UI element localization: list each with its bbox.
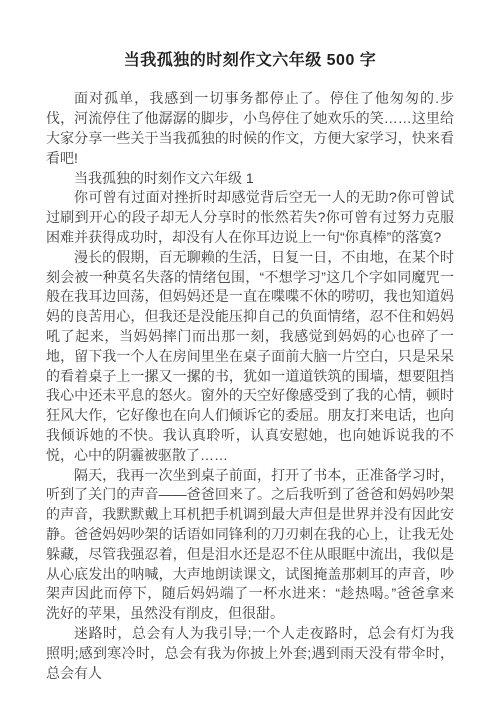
essay-body: 面对孤单，我感到一切事务都停止了。停住了他匆匆的.步伐，河流停住了他潺潺的脚步，…: [46, 89, 454, 683]
essay-paragraph-holiday: 漫长的假期，百无聊赖的生活，日复一日，不由地，在某个时刻会被一种莫名失落的情绪包…: [46, 248, 454, 466]
essay-paragraph-questions: 你可曾有过面对挫折时却感觉背后空无一人的无助?你可曾试过刷到开心的段子却无人分享…: [46, 188, 454, 247]
essay-paragraph-nextday: 隔天，我再一次坐到桌子前面，打开了书本，正准备学习时，听到了关门的声音——爸爸回…: [46, 466, 454, 624]
essay-subtitle: 当我孤独的时刻作文六年级 1: [46, 169, 454, 189]
essay-paragraph-closing: 迷路时，总会有人为我引导;一个人走夜路时，总会有灯为我照明;感到寒冷时，总会有我…: [46, 624, 454, 683]
document-page: 当我孤独的时刻作文六年级 500 字 面对孤单，我感到一切事务都停止了。停住了他…: [0, 0, 500, 707]
essay-title: 当我孤独的时刻作文六年级 500 字: [46, 50, 454, 72]
essay-paragraph-intro: 面对孤单，我感到一切事务都停止了。停住了他匆匆的.步伐，河流停住了他潺潺的脚步，…: [46, 89, 454, 168]
